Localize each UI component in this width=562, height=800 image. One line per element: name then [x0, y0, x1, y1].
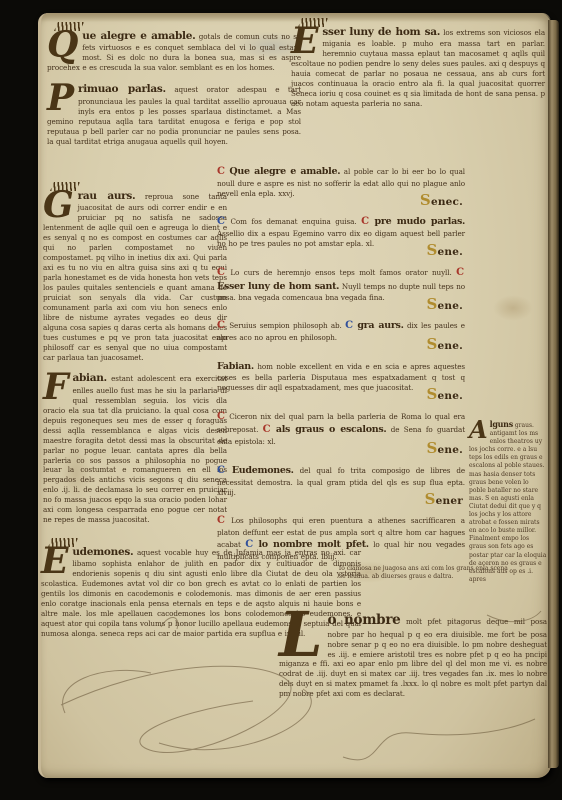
entry-heading: Fabian.: [217, 361, 254, 372]
paragraph-primuao-parlas: P rimuao parlas. aquest orator adespau e…: [47, 82, 301, 146]
paraph-mark: C: [217, 320, 226, 331]
entry-heading: pre mudo parlas.: [375, 216, 466, 227]
manuscript-photo: Q ue alegre e amable. gotals de comun cu…: [0, 0, 562, 800]
entry-heading: gra aurs.: [357, 320, 403, 331]
glossary-entry-esser-luny: C Lo curs de heremnjo ensos teps molt fa…: [217, 266, 465, 315]
margin-note-body: graus. antigamt los ms enlos theatros uy…: [469, 422, 546, 583]
manuscript-page: Q ue alegre e amable. gotals de comun cu…: [38, 13, 551, 778]
entry-body: Lo curs de heremnjo ensos teps molt famo…: [230, 268, 451, 277]
paraph-mark: C: [217, 515, 226, 526]
paraph-mark: C: [245, 539, 254, 550]
paraph-mark: C: [217, 411, 226, 422]
entry-body: Seruius sempion philosoph ab.: [229, 321, 342, 330]
entry-heading: Eudemones.: [232, 465, 294, 476]
paragraph-opening: rau aurs.: [78, 190, 136, 202]
entry-body: Com fos demanat enquina guisa.: [230, 217, 356, 226]
parchment-stain: [493, 295, 533, 321]
glossary-entry-lo-nombre: C Los philosophs qui eren puentura a ath…: [217, 514, 465, 561]
cadel-initial-a: A: [469, 421, 488, 440]
paraph-mark: C: [345, 320, 354, 331]
paraph-mark: C: [361, 216, 370, 227]
entry-heading: lo nombre molt pfet.: [258, 539, 368, 550]
right-column: C Que alegre e amable. al poble car lo b…: [217, 165, 465, 567]
paraph-mark: C: [217, 166, 226, 177]
paragraph-lo-nombre: L o nombre molt pfet pitagorus deque mil…: [279, 611, 547, 699]
paragraph-fabian: F abian. estant adolescent era exercitat…: [43, 371, 227, 525]
cadel-initial-p: P: [47, 84, 74, 112]
paraph-mark: C: [456, 267, 465, 278]
paragraph-opening: sser luny de hom sa.: [322, 26, 440, 38]
glossary-entry-mudo-parlas: C Com fos demanat enquina guisa. C pre m…: [217, 215, 465, 260]
cadel-initial-g: G: [43, 191, 74, 219]
paragraph-opening: udemones.: [72, 546, 133, 558]
attribution-seneca: Sene.: [427, 294, 464, 315]
attribution-seneca: Senec.: [420, 190, 463, 211]
attribution-seneca: Sene.: [427, 384, 464, 405]
paragraph-opening: abian.: [72, 372, 106, 384]
paragraph-opening: ue alegre e amable.: [82, 30, 195, 42]
cadel-initial-f: F: [43, 373, 68, 401]
paragraph-opening: rimuao parlas.: [78, 83, 166, 95]
paraph-mark: C: [217, 267, 226, 278]
entry-heading: Que alegre e amable.: [229, 166, 340, 177]
left-column: G rau aurs. reproua sone tanta juacosita…: [43, 189, 227, 534]
entry-heading: als graus o escalons.: [276, 424, 387, 435]
cadel-initial-e: E: [291, 27, 318, 55]
cadel-initial-q: Q: [47, 31, 78, 59]
attribution-seneca: Sene.: [427, 240, 464, 261]
paragraph-heading: o nombre: [328, 612, 401, 628]
paragraph-body: los extrems son viciosos ela migania es …: [291, 28, 545, 108]
cadel-initial-e: E: [41, 547, 68, 575]
paraph-mark: C: [217, 465, 226, 476]
glossary-entry-grau-aurs: C Seruius sempion philosoph ab. C gra au…: [217, 319, 465, 354]
cadel-initial-l: L: [279, 613, 323, 658]
paragraph-grau-aurs: G rau aurs. reproua sone tanta juacosita…: [43, 189, 227, 362]
glossary-entry-que-alegre: C Que alegre e amable. al poble car lo b…: [217, 165, 465, 210]
book-fore-edge: [548, 20, 559, 768]
paragraph-que-alegre: Q ue alegre e amable. gotals de comun cu…: [47, 29, 301, 73]
glossary-entry-fabian: Fabian. hom noble excellent en vida e en…: [217, 360, 465, 405]
margin-note-heading: lguns: [490, 419, 513, 429]
left-top-block: Q ue alegre e amable. gotals de comun cu…: [47, 29, 301, 155]
attribution-seneca: Sene.: [427, 334, 464, 355]
glossary-entry-als-graus: C Ciceron nix del qual parn la bella par…: [217, 410, 465, 459]
glossary-entry-eudemones: C Eudemones. del qual fo trita composigo…: [217, 464, 465, 509]
margin-note-alguns: A lguns graus. antigamt los ms enlos the…: [469, 419, 547, 584]
entry-heading: Esser luny de hom sant.: [217, 281, 339, 292]
attribution-seneca: Sene.: [427, 438, 464, 459]
paraph-mark: C: [263, 424, 272, 435]
paragraph-esser-luny: E sser luny de hom sa. los extrems son v…: [291, 25, 545, 109]
paragraph-body: estant adolescent era exercitat enlles a…: [43, 374, 227, 524]
paraph-mark: C: [217, 216, 226, 227]
attribution-seneca: Sener: [425, 489, 463, 510]
